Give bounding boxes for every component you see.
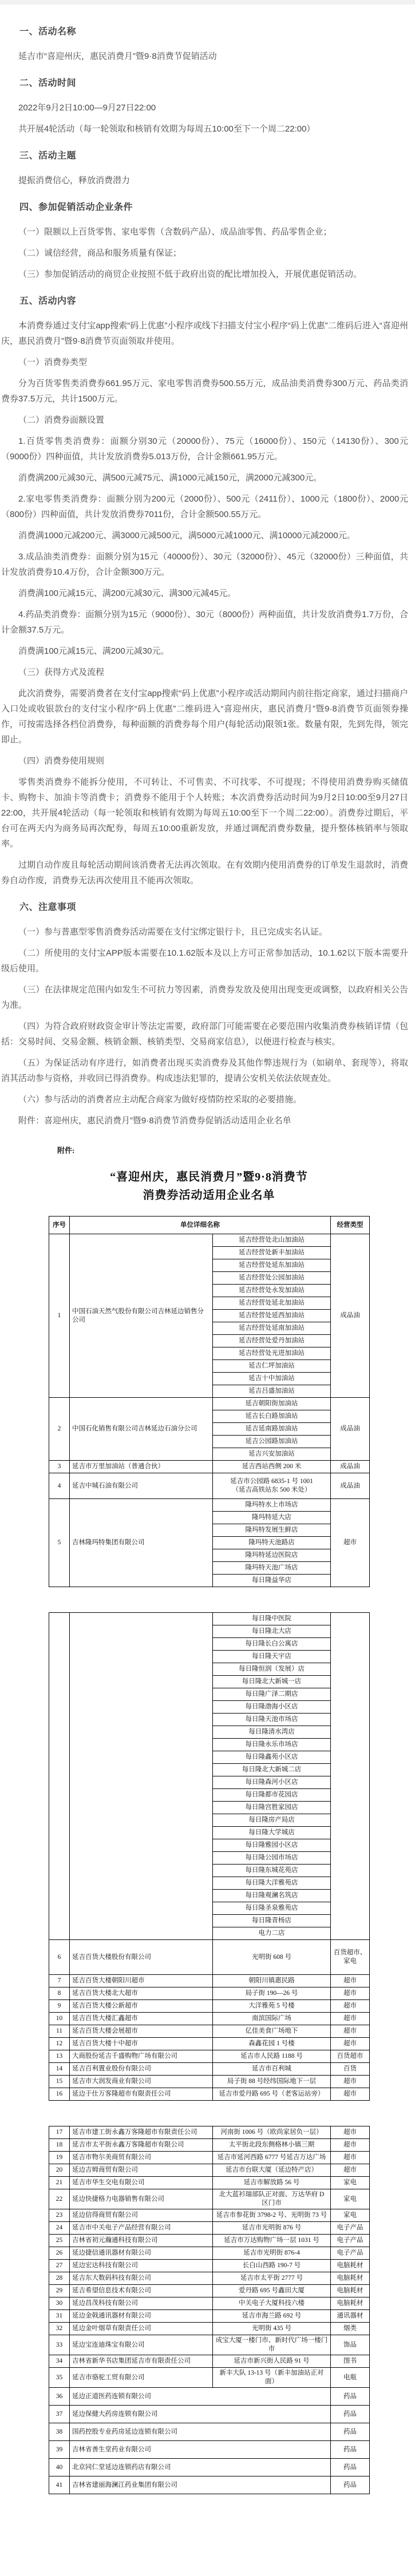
- table-cell-type: 超市: [331, 2139, 370, 2152]
- enterprise-table-segment: 序号单位详细名称经营类型1中国石油天然气股份有限公司吉林延边销售分公司延吉经营处…: [49, 1216, 370, 1587]
- table-cell-branch: 延吉经营处延南加油站: [213, 1322, 331, 1335]
- table-cell-branch: 延吉西站西侧 200 米: [213, 1461, 331, 1473]
- table-cell-branch: 延吉市海兰路 692 号: [213, 2310, 331, 2323]
- table-cell-type: 成品油: [331, 1234, 370, 1398]
- paragraph: 消费满200元减30元、满500元减75元、满1000元减150元，满2000元…: [1, 470, 408, 486]
- table-cell-branch: 每日隆森河小区店: [213, 1776, 331, 1789]
- notice-body: 一、活动名称延吉市“喜迎州庆，惠民消费月”暨9·8消费节促销活动二、活动时间20…: [0, 5, 415, 1128]
- table-cell-no: 31: [49, 2310, 70, 2323]
- table-cell-no: 32: [49, 2323, 70, 2335]
- table-cell-no: 7: [49, 1975, 70, 1987]
- attachment-label: 附件:: [57, 1144, 415, 1155]
- table-cell-type: 家电: [331, 2189, 370, 2209]
- paragraph: （三）在法律规定范围内如发生不可抗力等因素，消费券发放及使用出现变更或调整，以政…: [1, 982, 408, 1013]
- table-cell-branch: 大洋雅苑 5 号楼: [213, 2000, 331, 2013]
- table-cell-branch: 延吉经营处永发加油站: [213, 1285, 331, 1297]
- table-cell-no: 9: [49, 2000, 70, 2013]
- table-cell-branch: 局子街 190—26 号: [213, 1987, 331, 2000]
- table-cell-type: [331, 1613, 370, 1940]
- table-cell-branch: 森鑫花园 1 号楼: [213, 2038, 331, 2050]
- table-cell-company: 延边宝连迪珠宝有限公司: [70, 2335, 213, 2355]
- paragraph: （六）参与活动的消费者应主动配合商家为做好疫情防控采取的必要措施。: [1, 1092, 408, 1107]
- table-cell-branch: 每日隆恒润（发展）店: [213, 1663, 331, 1676]
- table-cell-no: 10: [49, 2013, 70, 2025]
- table-cell-no: 15: [49, 2076, 70, 2088]
- table-cell-company: 北京同仁堂延边连锁药店有限公司: [70, 2459, 331, 2476]
- table-cell-company: 延边金戟通讯器材有限公司: [70, 2310, 213, 2323]
- table-cell-branch: 延吉十中加油站: [213, 1373, 331, 1385]
- table-cell-type: 超市: [331, 2088, 370, 2101]
- table-cell-no: 29: [49, 2285, 70, 2297]
- table-cell-type: 家电: [331, 2209, 370, 2222]
- table-cell-branch: 延吉延南路加油站: [213, 1423, 331, 1436]
- table-cell-branch: 光明街 608 号: [213, 1940, 331, 1975]
- table-cell-branch: 延吉市新兴街人民路 91 号: [213, 2355, 331, 2368]
- attachment-section: 附件: “喜迎州庆，惠民消费月”暨9·8消费节 消费券活动适用企业名单 序号单位…: [0, 1134, 415, 2529]
- table-cell-no: 30: [49, 2297, 70, 2310]
- table-cell-branch: 延吉经营处光进加油站: [213, 1347, 331, 1360]
- table-cell-type: 电脑耗材: [331, 2297, 370, 2310]
- table-cell-branch: 每日隆大洋雅苑店: [213, 1877, 331, 1890]
- paragraph: （三）获得方式及流程: [1, 665, 408, 680]
- table-cell-type: 电瓶: [331, 2368, 370, 2388]
- table-cell-company: 延吉市大润发商业有限公司: [70, 2076, 213, 2088]
- table-cell-type: 超市: [331, 2038, 370, 2050]
- table-cell-branch: 每日隆东城花苑店: [213, 1865, 331, 1877]
- paragraph: 1.百货零售类消费券：面额分别30元（20000份）、75元（16000份）、1…: [1, 434, 408, 464]
- table-cell-branch: 北大蓝衫瑞部队正对面、万达华府 D 区门市: [213, 2189, 331, 2209]
- table-cell-no: 28: [49, 2272, 70, 2285]
- table-cell-type: 超市: [331, 2164, 370, 2177]
- paragraph: 本消费券通过支付宝app搜索“码上优惠”小程序或线下扫描支付宝小程序“码上优惠”…: [1, 318, 408, 349]
- table-cell-branch: 每日隆观澜名筑店: [213, 1890, 331, 1902]
- paragraph: 2.家电零售类消费券：面额分别为200元（2000份）、500元（2411份）、…: [1, 491, 408, 522]
- table-cell-branch: 延吉市参花街 3798-2 号、光明街 73 号: [213, 2209, 331, 2222]
- table-cell-branch: 每日隆北大新城一店: [213, 1676, 331, 1688]
- table-cell-branch: 中关电子大厦科技六楼: [213, 2297, 331, 2310]
- table-cell-no: 12: [49, 2038, 70, 2050]
- table-cell-no: 24: [49, 2222, 70, 2235]
- table-cell-company: 延边金叶烟草有限责任公司: [70, 2323, 213, 2335]
- table-cell-branch: 亿佳美食广场地下: [213, 2025, 331, 2038]
- table-cell-branch: 每日隆长白公寓店: [213, 1638, 331, 1651]
- paragraph: 零售类消费券不能拆分使用，不可转让、不可售卖、不可找零、不可提现；不得使用消费券…: [1, 774, 408, 852]
- page-top-strip: [0, 0, 415, 5]
- table-cell-branch: 每日隆鑫苑小区店: [213, 1751, 331, 1764]
- table-cell-no: 38: [49, 2423, 70, 2441]
- table-cell-type: 超市: [331, 2126, 370, 2139]
- table-cell-no: 20: [49, 2164, 70, 2177]
- table-cell-no: 21: [49, 2177, 70, 2189]
- table-cell-type: 药品: [331, 2476, 370, 2494]
- table-cell-no: 2: [49, 1398, 70, 1461]
- table-cell-branch: 长白山西路 190-7 号: [213, 2260, 331, 2272]
- table-cell-company: [70, 1613, 213, 1940]
- table-cell-branch: 延吉公园路加油站: [213, 1436, 331, 1448]
- section-heading: 三、活动主题: [19, 148, 408, 161]
- table-cell-branch: 延吉市光明街 876-4: [213, 2247, 331, 2260]
- table-cell-branch: 每日隆广泽二期店: [213, 1688, 331, 1701]
- table-cell-branch: 爱丹路 695 号鑫田大厦: [213, 2285, 331, 2297]
- table-cell-type: 百货超市、 家电: [331, 1940, 370, 1975]
- table-cell-type: 超市: [331, 2076, 370, 2088]
- table-cell-branch: 延吉经营处北山加油站: [213, 1234, 331, 1247]
- table-cell-no: 40: [49, 2459, 70, 2476]
- table-cell-no: 27: [49, 2260, 70, 2272]
- table-cell-branch: 延吉市爱丹路 695 号（老客运站旁）: [213, 2088, 331, 2101]
- attachment-title: “喜迎州庆，惠民消费月”暨9·8消费节 消费券活动适用企业名单: [49, 1168, 369, 1204]
- table-cell-no: 39: [49, 2441, 70, 2459]
- table-cell-company: 延吉百货大楼汇鑫超市: [70, 2013, 213, 2025]
- table-cell-no: [49, 1613, 70, 1940]
- table-cell-type: 成品油: [331, 1398, 370, 1461]
- table-cell-type: 药品: [331, 2406, 370, 2423]
- table-cell-company: 延边于仕万客隆超市有限责任公司: [70, 2088, 213, 2101]
- table-cell-branch: 每日隆都市花园店: [213, 1789, 331, 1802]
- table-cell-branch: 光明街 435 号: [213, 2323, 331, 2335]
- table-cell-type: 电子产品: [331, 2222, 370, 2235]
- table-cell-type: 家电: [331, 2177, 370, 2189]
- table-cell-type: 成品油: [331, 1473, 370, 1499]
- table-cell-company: 延吉市中关电子产品经营有限公司: [70, 2222, 213, 2235]
- table-cell-branch: 每日隆大学城店: [213, 1827, 331, 1839]
- table-cell-no: 37: [49, 2406, 70, 2423]
- table-cell-branch: 延吉吕盛加油站: [213, 1385, 331, 1398]
- table-cell-type: 百货: [331, 2063, 370, 2076]
- table-cell-branch: 太平街北段东侧格林小镇三期: [213, 2139, 331, 2152]
- table-cell-branch: 延吉经营处爱丹加油站: [213, 1335, 331, 1347]
- table-cell-no: 5: [49, 1499, 70, 1587]
- table-cell-type: 药品: [331, 2423, 370, 2441]
- table-cell-no: 25: [49, 2235, 70, 2247]
- table-cell-branch: 延吉市台联大厦（延边特产店）: [213, 2164, 331, 2177]
- table-cell-branch: 隆玛特水上市场店: [213, 1499, 331, 1512]
- table-cell-branch: 每日隆渤海小区店: [213, 1701, 331, 1714]
- table-cell-type: 电子产品: [331, 2247, 370, 2260]
- table-cell-type: 通讯器材: [331, 2310, 370, 2323]
- paragraph: 此次消费券，需要消费者在支付宝app搜索“码上优惠”小程序或活动期间内前往指定商…: [1, 686, 408, 748]
- table-cell-no: 33: [49, 2335, 70, 2355]
- table-cell-company: 延吉百货大楼股份有限公司: [70, 1940, 213, 1975]
- table-cell-branch: 延吉市光明街 876 号: [213, 2222, 331, 2235]
- table-cell-no: 6: [49, 1940, 70, 1975]
- table-cell-branch: 每日隆永乐市场店: [213, 1739, 331, 1751]
- table-cell-company: 延吉市华生交电有限公司: [70, 2177, 213, 2189]
- table-cell-branch: 每日隆北大店: [213, 1625, 331, 1638]
- table-cell-type: 药品: [331, 2441, 370, 2459]
- table-cell-branch: 延吉长白路加油站: [213, 1410, 331, 1423]
- table-cell-branch: 隆玛特延边医院店: [213, 1549, 331, 1562]
- table-cell-company: 延吉市万里加油站（普通合伙）: [70, 1461, 213, 1473]
- table-cell-branch: 延吉市解放路 56 号: [213, 2177, 331, 2189]
- table-cell-type: 超市: [331, 1499, 370, 1587]
- table-cell-branch: 每日隆房产局店: [213, 1814, 331, 1827]
- table-cell-no: 23: [49, 2209, 70, 2222]
- table-cell-company: 延边保健大药房连锁有限公司: [70, 2406, 331, 2423]
- table-cell-company: 吉林省初元瀚通科技有限公司: [70, 2235, 213, 2247]
- table-cell-no: 19: [49, 2152, 70, 2164]
- table-cell-company: 延吉市建工街永鑫万客隆超市有限责任公司: [70, 2126, 213, 2139]
- table-cell-branch: 延吉兴安加油站: [213, 1448, 331, 1461]
- table-cell-branch: 延吉经营处延北加油站: [213, 1297, 331, 1310]
- table-header-cell: 序号: [49, 1217, 70, 1234]
- table-cell-branch: 每日隆北大新城二店: [213, 1764, 331, 1776]
- table-cell-company: 延吉东大数码科技有限公司: [70, 2272, 213, 2285]
- table-cell-branch: 隆玛特天池广场店: [213, 1562, 331, 1575]
- table-cell-type: 超市: [331, 1975, 370, 1987]
- paragraph: （三）参加促销活动的商贸企业按照不低于政府出资的配比增加投入，开展优惠促销活动。: [1, 267, 408, 282]
- paragraph: 消费满100元减15元、满200元减30元。: [1, 643, 408, 659]
- table-cell-branch: 每日隆青杨店: [213, 1915, 331, 1927]
- table-cell-type: 饰品: [331, 2335, 370, 2355]
- table-cell-type: 百货超市: [331, 2050, 370, 2063]
- table-cell-no: 35: [49, 2368, 70, 2388]
- table-cell-type: 超市: [331, 2025, 370, 2038]
- table-cell-type: 电脑耗材: [331, 2272, 370, 2285]
- table-cell-branch: 延吉经营处延西加油站: [213, 1310, 331, 1322]
- section-heading: 二、活动时间: [19, 75, 408, 89]
- table-cell-company: 延吉百货大楼十中超市: [70, 2038, 213, 2050]
- attachment-title-line2: 消费券活动适用企业名单: [49, 1186, 369, 1204]
- paragraph: （四）为符合政府财政资金审计等法定需要，政府部门可能需要在必要范围内收集消费券核…: [1, 1019, 408, 1050]
- table-cell-branch: 局子街 88 号经纬国际地下一层: [213, 2076, 331, 2088]
- section-heading: 一、活动名称: [19, 24, 408, 37]
- paragraph: 2022年9月2日10:00—9月27日22:00: [1, 100, 408, 116]
- section-heading: 四、参加促销活动企业条件: [19, 200, 408, 213]
- table-cell-branch: 电力二店: [213, 1927, 331, 1940]
- table-cell-company: 延吉市太平街永鑫万客隆超市有限公司: [70, 2139, 213, 2152]
- table-cell-company: 延边捷信通讯器材有限公司: [70, 2247, 213, 2260]
- table-cell-branch: 延吉市百利城: [213, 2063, 331, 2076]
- table-cell-no: 17: [49, 2126, 70, 2139]
- enterprise-table-wrap: 序号单位详细名称经营类型1中国石油天然气股份有限公司吉林延边销售分公司延吉经营处…: [49, 1216, 369, 2494]
- table-cell-type: 成品油: [331, 1461, 370, 1473]
- table-cell-company: 大商股份延吉千盛购物广场有限公司: [70, 2050, 213, 2063]
- table-cell-no: 11: [49, 2025, 70, 2038]
- table-cell-type: 电子产品: [331, 2235, 370, 2247]
- table-cell-type: 超市: [331, 2013, 370, 2025]
- table-cell-company: 吉林省新华书店集团延吉市有限责任公司: [70, 2355, 213, 2368]
- table-cell-company: 延边信得商贸有限公司: [70, 2209, 213, 2222]
- table-cell-branch: 南滨国际广场: [213, 2013, 331, 2025]
- table-cell-company: 延吉希望信息技术有限公司: [70, 2285, 213, 2297]
- table-cell-branch: 每日隆圣泉雅苑店: [213, 1902, 331, 1915]
- enterprise-table-segment: 每日隆中医院每日隆北大店每日隆长白公寓店每日隆天宇店每日隆恒润（发展）店每日隆北…: [49, 1612, 370, 2101]
- table-cell-no: 26: [49, 2247, 70, 2260]
- table-cell-company: 延吉百货大楼北大超市: [70, 1987, 213, 2000]
- table-cell-type: 超市: [331, 2000, 370, 2013]
- table-cell-no: 22: [49, 2189, 70, 2209]
- paragraph: （二）诚信经营，商品和服务质量有保证；: [1, 245, 408, 261]
- table-cell-company: 延边正道医药连锁有限公司: [70, 2388, 331, 2406]
- table-cell-company: 中国石化销售有限公司吉林延边石油分公司: [70, 1398, 213, 1461]
- table-cell-type: 图书: [331, 2355, 370, 2368]
- table-header-cell: 经营类型: [331, 1217, 370, 1234]
- table-cell-company: 延吉百货大楼会展超市: [70, 2025, 213, 2038]
- table-cell-company: 延吉市骆驼工贸有限公司: [70, 2368, 213, 2388]
- table-cell-company: 延吉百货大楼公新超市: [70, 2000, 213, 2013]
- table-cell-company: 吉林省善生堂药业有限公司: [70, 2441, 331, 2459]
- table-cell-branch: 延吉经营处新丰加油站: [213, 1247, 331, 1259]
- paragraph: 延吉市“喜迎州庆，惠民消费月”暨9·8消费节促销活动: [1, 49, 408, 64]
- paragraph: 附件：喜迎州庆，惠民消费月”暨9·8消费节消费券促销活动适用企业名单: [1, 1113, 408, 1128]
- table-cell-company: 延吉中城石油有限公司: [70, 1473, 213, 1499]
- table-cell-no: 18: [49, 2139, 70, 2152]
- table-cell-branch: 延吉仁坪加油站: [213, 1360, 331, 1373]
- table-cell-type: 电脑耗材: [331, 2285, 370, 2297]
- table-cell-branch: 新丰大队 13-13 号（新丰加油站正对面）: [213, 2368, 331, 2388]
- enterprise-table-segment: 17延吉市建工街永鑫万客隆超市有限责任公司河南街 1006 号（欧尚家居负一层）…: [49, 2126, 370, 2494]
- table-cell-branch: 隆玛特延大店: [213, 1512, 331, 1524]
- table-header-cell: 单位详细名称: [70, 1217, 331, 1234]
- table-cell-type: 烟类: [331, 2323, 370, 2335]
- table-cell-no: 34: [49, 2355, 70, 2368]
- table-cell-branch: 每日隆雅园小区店: [213, 1839, 331, 1852]
- table-cell-company: 国药控股专业药房延边连锁有限公司: [70, 2423, 331, 2441]
- table-cell-branch: 朝阳川镇惠民路: [213, 1975, 331, 1987]
- table-cell-no: 13: [49, 2050, 70, 2063]
- table-cell-branch: 每日隆天池市场店: [213, 1714, 331, 1726]
- table-cell-no: 36: [49, 2388, 70, 2406]
- section-heading: 六、注意事项: [19, 900, 408, 913]
- table-cell-branch: 每日隆中医院: [213, 1613, 331, 1625]
- paragraph: 4.药品类消费券：面额分别为15元（9000份）、30元（8000份）两种面值，…: [1, 607, 408, 638]
- table-cell-branch: 延吉市太平街 2777 号: [213, 2272, 331, 2285]
- paragraph: 共开展4轮活动（每一轮领取和核销有效期为每周五10:00至下一个周二22:00）: [1, 121, 408, 137]
- table-cell-branch: 成宝大厦一楼门市、新时代广场一楼门市: [213, 2335, 331, 2355]
- table-cell-company: 延边吉姆商贸有限公司: [70, 2164, 213, 2177]
- table-cell-branch: 每日隆宫胜家园店: [213, 1802, 331, 1814]
- paragraph: （四）消费券使用规则: [1, 753, 408, 769]
- table-cell-branch: 延吉经营处公园加油站: [213, 1272, 331, 1285]
- table-cell-branch: 河南街 1006 号（欧尚家居负一层）: [213, 2126, 331, 2139]
- table-cell-type: 电脑耗材: [331, 2260, 370, 2272]
- table-cell-type: 药品: [331, 2459, 370, 2476]
- table-cell-company: 吉林省建丽海澜江药业集团有限公司: [70, 2476, 331, 2494]
- table-cell-no: 41: [49, 2476, 70, 2494]
- paragraph: （一）消费券类型: [1, 355, 408, 370]
- table-cell-type: 超市: [331, 1987, 370, 2000]
- table-cell-branch: 每日隆天宇店: [213, 1651, 331, 1663]
- table-cell-type: 超市: [331, 2152, 370, 2164]
- table-cell-company: 延吉百货大楼朝阳川超市: [70, 1975, 213, 1987]
- table-cell-no: 1: [49, 1234, 70, 1398]
- table-cell-company: 延吉百利置业股份有限公司: [70, 2063, 213, 2076]
- paragraph: （二）消费券面额设置: [1, 412, 408, 428]
- table-cell-branch: 延吉经营处延东加油站: [213, 1259, 331, 1272]
- table-cell-company: 中国石油天然气股份有限公司吉林延边销售分公司: [70, 1234, 213, 1398]
- paragraph: （一）参与普惠型零售消费券活动需要在支付宝绑定银行卡，且已完成实名认证。: [1, 924, 408, 940]
- table-cell-company: 延边宏达科技有限公司: [70, 2260, 213, 2272]
- table-cell-branch: 每日隆益华店: [213, 1575, 331, 1587]
- table-cell-branch: 隆玛特天池路店: [213, 1537, 331, 1549]
- table-cell-company: 延吉市物尔美商贸有限公司: [70, 2152, 213, 2164]
- table-cell-branch: 延吉市人民路 1188 号: [213, 2050, 331, 2063]
- table-cell-no: 3: [49, 1461, 70, 1473]
- table-cell-no: 8: [49, 1987, 70, 2000]
- paragraph: （一）限额以上百货零售、家电零售（含数码产品）、成品油零售、药品零售企业；: [1, 224, 408, 240]
- paragraph: 分为百货零售类消费券661.95万元、家电零售消费券500.55万元，成品油类消…: [1, 376, 408, 407]
- table-cell-no: 4: [49, 1473, 70, 1499]
- paragraph: （二）所使用的支付宝APP版本需要在10.1.62版本及以上方可正常参加活动，1…: [1, 945, 408, 976]
- table-cell-branch: 延吉市延河西路 6777 号延吉万达广场: [213, 2152, 331, 2164]
- paragraph: 消费满100元减15元、满200元减30元、满300元减45元。: [1, 586, 408, 601]
- paragraph: 过期自动作废且每轮活动期间该消费者无法再次领取。在有效期内使用消费券的订单发生退…: [1, 857, 408, 888]
- table-cell-branch: 延吉市公园路 6835-1 号 1001 （延吉高铁站东 500 米处）: [213, 1473, 331, 1499]
- table-cell-company: 延边快捷格力电器销售有限公司: [70, 2189, 213, 2209]
- table-cell-branch: 隆玛特发展生鲜店: [213, 1524, 331, 1537]
- table-cell-company: 延边昌茂科技有限公司: [70, 2297, 213, 2310]
- table-cell-branch: 每日隆清水湾店: [213, 1726, 331, 1739]
- paragraph: （五）为保证活动有序进行，如消费者出现买卖消费券及其他作弊违规行为（如刷单、套现…: [1, 1055, 408, 1086]
- table-cell-branch: 延吉市万达购物广场一层 1031 号: [213, 2235, 331, 2247]
- table-cell-type: 药品: [331, 2388, 370, 2406]
- document-page: 一、活动名称延吉市“喜迎州庆，惠民消费月”暨9·8消费节促销活动二、活动时间20…: [0, 0, 415, 2571]
- paragraph: 3.成品油类消费券：面额分别为15元（40000份）、30元（32000份）、4…: [1, 549, 408, 580]
- paragraph: 提振消费信心，释放消费潜力: [1, 173, 408, 188]
- attachment-title-line1: “喜迎州庆，惠民消费月”暨9·8消费节: [49, 1168, 369, 1186]
- table-cell-no: 14: [49, 2063, 70, 2076]
- table-cell-no: 16: [49, 2088, 70, 2101]
- table-cell-company: 吉林隆玛特集团有限公司: [70, 1499, 213, 1587]
- paragraph: 消费满1000元减200元、满3000元减500元，满5000元减1000元、满…: [1, 528, 408, 543]
- table-cell-branch: 每日隆公园市场店: [213, 1852, 331, 1865]
- section-heading: 五、活动内容: [19, 293, 408, 307]
- table-cell-branch: 延吉朝阳街加油站: [213, 1398, 331, 1410]
